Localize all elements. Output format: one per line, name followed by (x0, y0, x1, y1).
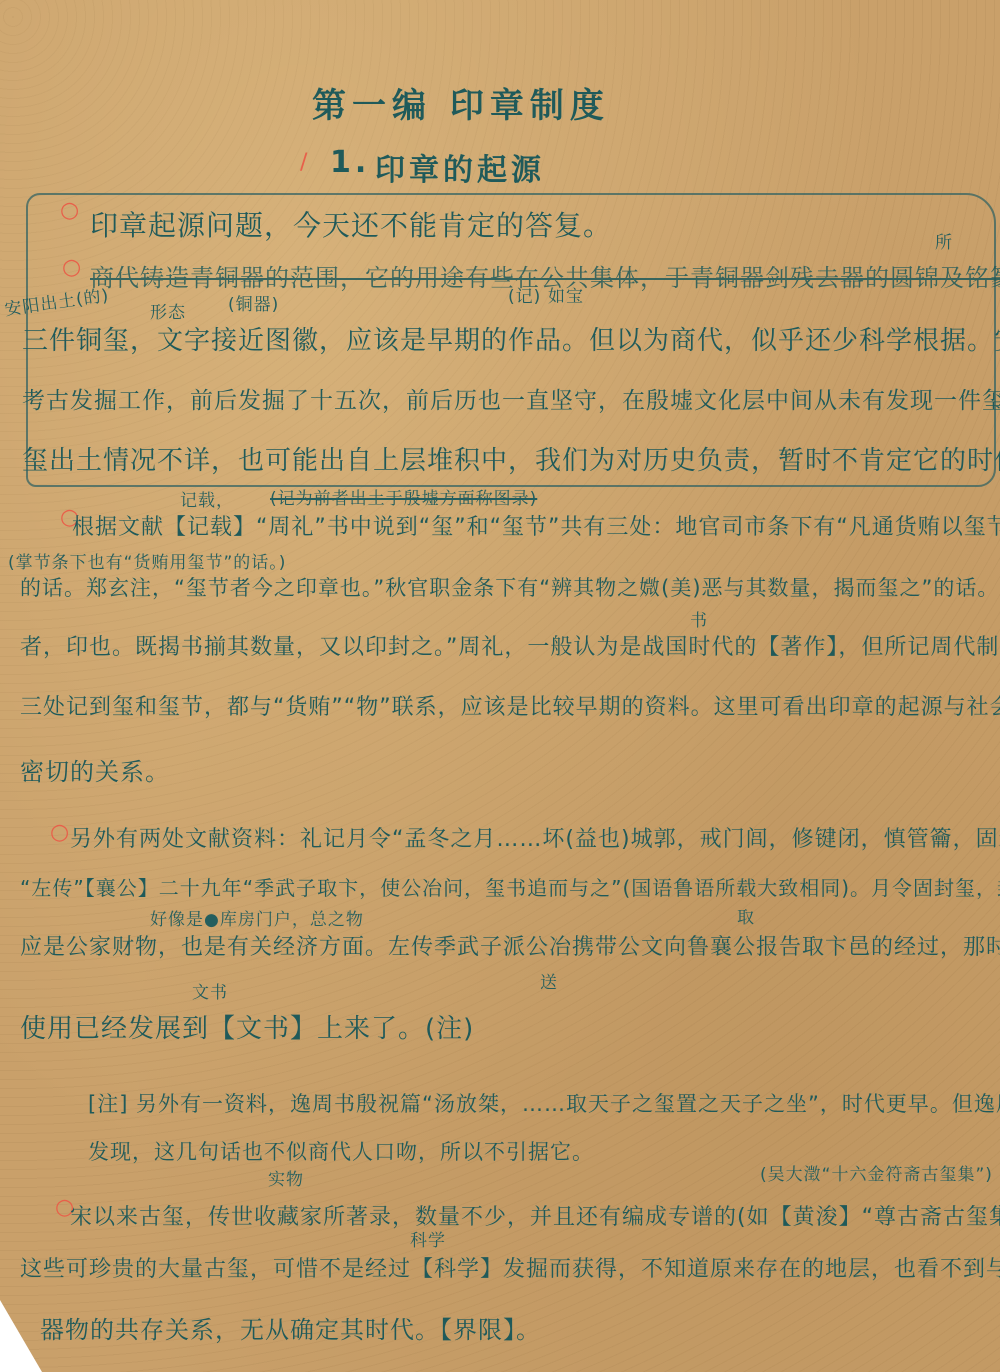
boxed-line-5: 玺出土情况不详，也可能出自上层堆积中，我们为对历史负责，暂时不肯定它的时代。 (22, 440, 1000, 477)
para3-line-1: 另外有两处文献资料：礼记月令“孟冬之月……坏(益也)城郭，戒门闾，修键闭，慎管籥… (70, 822, 1000, 853)
para5-line-2: 这些可珍贵的大量古玺，可惜不是经过【科学】发掘而获得，不知道原来存在的地层，也看… (20, 1252, 1000, 1283)
interlinear-note: 取 (737, 903, 755, 928)
footnote-line-1: [注] 另外有一资料，逸周书殷祝篇“汤放桀，……取天子之玺置之天子之坐”，时代更… (88, 1088, 1000, 1118)
para3-line-3: 应是公家财物，也是有关经济方面。左传季武子派公冶携带公文向鲁襄公报告取卞邑的经过… (20, 930, 1000, 961)
section-title: 印章的起源 (375, 145, 545, 189)
boxed-line-3: 三件铜玺，文字接近图徽，应该是早期的作品。但以为商代，似乎还少科学根据。安阳殷墟 (22, 320, 1000, 357)
interlinear-note: 记载， (180, 486, 234, 511)
para3-line-2: “左传”【襄公】二十九年“季武子取卞，使公冶问，玺书追而与之”(国语鲁语所载大致… (20, 872, 1000, 901)
interlinear-note: (记) (508, 282, 541, 307)
footnote-line-2: 发现，这几句话也不似商代人口吻，所以不引据它。 (88, 1136, 594, 1166)
struck-sub-note: (记为前者出土于殷墟方面称图录) (270, 484, 537, 509)
right-annotation: (吴大澂“十六金符斋古玺集”) (760, 1160, 993, 1185)
boxed-line-1: 印章起源问题，今天还不能肯定的答复。 (90, 204, 612, 244)
red-correction-mark: / (300, 150, 307, 175)
page-heading: 第一编 印章制度 (312, 78, 610, 127)
section-number: 1. (330, 145, 370, 180)
interlinear-note: 书 (690, 606, 708, 631)
para2-line-1: 根据文献【记载】“周礼”书中说到“玺”和“玺节”共有三处：地官司市条下有“凡通货… (72, 510, 1000, 541)
para5-line-3: 器物的共存关系，无从确定其时代。【界限】。 (40, 1310, 541, 1345)
interlinear-note: 送 (540, 968, 558, 993)
interlinear-note: 实物 (268, 1165, 304, 1190)
para2-line-5: 密切的关系。 (20, 752, 170, 787)
insert-annotation: 所 (935, 228, 953, 253)
boxed-line-4: 考古发掘工作，前后发掘了十五次，前后历也一直坚守，在殷墟文化层中间从未有发现一件… (22, 382, 1000, 415)
red-circle-mark: ○ (62, 255, 81, 280)
red-circle-mark: ○ (50, 820, 69, 845)
para2-line-4: 三处记到玺和玺节，都与“货贿”“物”联系，应该是比较早期的资料。这里可看出印章的… (20, 690, 1000, 721)
interlinear-note: 科学 (410, 1226, 446, 1251)
para2-line-3: 者，印也。既揭书揃其数量，又以印封之。”周礼，一般认为是战国时代的【著作】，但所… (20, 630, 1000, 661)
margin-note: (掌节条下也有“货贿用玺节”的话。) (8, 548, 286, 573)
interlinear-note: 如宝 (548, 282, 584, 307)
para5-line-1: 宋以来古玺，传世收藏家所著录，数量不少，并且还有编成专谱的(如【黄浚】“尊古斋古… (70, 1200, 1000, 1231)
red-circle-mark: ○ (60, 198, 79, 223)
para2-line-2: 的话。郑玄注，“玺节者今之印章也。”秋官职金条下有“辨其物之媺(美)恶与其数量，… (20, 572, 1000, 602)
interlinear-note: 文书 (192, 978, 228, 1003)
interlinear-note: (铜器) (228, 290, 279, 315)
struck-line: 商代铸造青铜器的范围，它的用途有些在公共集体，于青铜器剑残去器的圆锦及铭篆 (90, 258, 1000, 293)
interlinear-note: 好像是●库房门户，总之物 (150, 905, 364, 930)
para3-line-4: 使用已经发展到【文书】上来了。(注) (20, 1008, 474, 1045)
